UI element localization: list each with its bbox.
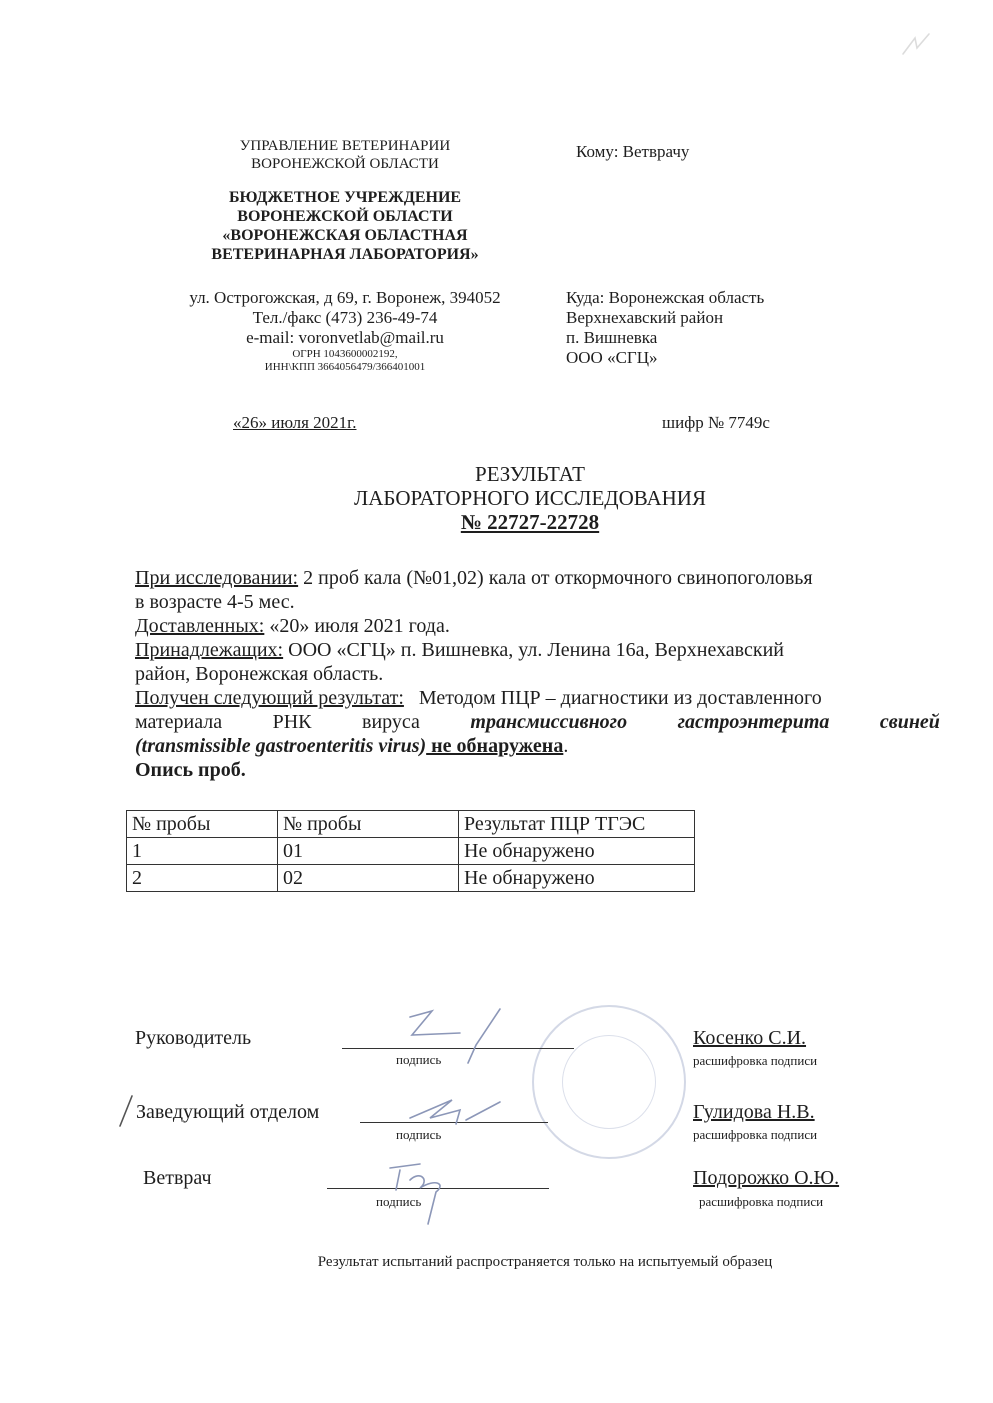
department-name: УПРАВЛЕНИЕ ВЕТЕРИНАРИИ ВОРОНЕЖСКОЙ ОБЛАС…: [200, 137, 490, 173]
result-label: Получен следующий результат:: [135, 687, 404, 709]
research-number: № 22727-22728: [250, 510, 810, 534]
signature-caption: подпись: [396, 1052, 441, 1067]
signer-role-dept: Заведующий отделом: [136, 1100, 319, 1124]
word: гастроэнтерита: [678, 710, 830, 734]
document-title: РЕЗУЛЬТАТ ЛАБОРАТОРНОГО ИССЛЕДОВАНИЯ № 2…: [250, 462, 810, 534]
table-cell: 02: [278, 865, 459, 892]
word: вируса: [362, 710, 420, 734]
research-label: При исследовании:: [135, 567, 298, 589]
research-line: При исследовании: 2 проб кала (№01,02) к…: [135, 566, 955, 590]
document-date: «26» июля 2021г.: [233, 413, 356, 433]
organization-contacts: ул. Острогожская, д 69, г. Воронеж, 3940…: [130, 288, 560, 374]
signer-name-dept: Гулидова Н.В.: [693, 1100, 815, 1124]
probes-table: № пробы № пробы Результат ПЦР ТГЭС 1 01 …: [126, 810, 695, 892]
recipient: Кому: Ветврачу: [576, 142, 689, 162]
table-header-row: № пробы № пробы Результат ПЦР ТГЭС: [127, 811, 695, 838]
delivered-line: Доставленных: «20» июля 2021 года.: [135, 614, 955, 638]
stamp-inner-ring: [562, 1035, 656, 1129]
org-line-3: «ВОРОНЕЖСКАЯ ОБЛАСТНАЯ: [180, 226, 510, 245]
table-cell: 1: [127, 838, 278, 865]
signer-name-head: Косенко С.И.: [693, 1026, 806, 1050]
table-row: 1 01 Не обнаружено: [127, 838, 695, 865]
research-text: 2 проб кала (№01,02) кала от откормочног…: [298, 567, 813, 589]
footer-note: Результат испытаний распространяется тол…: [200, 1254, 890, 1271]
org-ogrn: ОГРН 1043600002192,: [130, 348, 560, 361]
delivered-label: Доставленных:: [135, 615, 264, 637]
owner-label: Принадлежащих:: [135, 639, 283, 661]
signer-name-vet: Подорожко О.Ю.: [693, 1166, 839, 1190]
signer-role-head: Руководитель: [135, 1026, 251, 1050]
document-body: При исследовании: 2 проб кала (№01,02) к…: [135, 566, 955, 782]
result-line: Получен следующий результат: Методом ПЦР…: [135, 686, 955, 710]
inventory-title: Опись проб.: [135, 758, 955, 782]
result-verdict: не обнаружена: [426, 735, 563, 757]
table-header: № пробы: [278, 811, 459, 838]
name-caption: расшифровка подписи: [693, 1127, 817, 1142]
title-line-2: ЛАБОРАТОРНОГО ИССЛЕДОВАНИЯ: [250, 486, 810, 510]
signer-role-vet: Ветврач: [143, 1166, 212, 1190]
address-line-4: ООО «СГЦ»: [566, 348, 764, 368]
result-text: Методом ПЦР – диагностики из доставленно…: [404, 687, 822, 709]
address-line-3: п. Вишневка: [566, 328, 764, 348]
org-line-2: ВОРОНЕЖСКОЙ ОБЛАСТИ: [180, 207, 510, 226]
address-line-1: Куда: Воронежская область: [566, 288, 764, 308]
owner-line: Принадлежащих: ООО «СГЦ» п. Вишневка, ул…: [135, 638, 955, 662]
org-inn: ИНН\КПП 3664056479/366401001: [130, 361, 560, 374]
word: материала: [135, 710, 222, 734]
dept-line-1: УПРАВЛЕНИЕ ВЕТЕРИНАРИИ: [200, 137, 490, 155]
signature-caption: подпись: [396, 1127, 441, 1142]
table-cell: Не обнаружено: [459, 838, 695, 865]
owner-text: ООО «СГЦ» п. Вишневка, ул. Ленина 16а, В…: [283, 639, 784, 661]
org-line-1: БЮДЖЕТНОЕ УЧРЕЖДЕНИЕ: [180, 188, 510, 207]
word: свиней: [880, 710, 940, 734]
table-cell: Не обнаружено: [459, 865, 695, 892]
word: трансмиссивного: [470, 710, 627, 734]
period: .: [563, 735, 568, 757]
name-caption: расшифровка подписи: [699, 1194, 823, 1209]
research-text-2: в возрасте 4-5 мес.: [135, 590, 955, 614]
official-stamp: [532, 1005, 686, 1159]
table-cell: 2: [127, 865, 278, 892]
signature-caption: подпись: [376, 1194, 421, 1209]
word: РНК: [273, 710, 312, 734]
org-address: ул. Острогожская, д 69, г. Воронеж, 3940…: [130, 288, 560, 308]
name-caption: расшифровка подписи: [693, 1053, 817, 1068]
table-header: Результат ПЦР ТГЭС: [459, 811, 695, 838]
checkmark-icon: [116, 1092, 136, 1132]
result-line-3: (transmissible gastroenteritis virus) не…: [135, 734, 955, 758]
recipient-address: Куда: Воронежская область Верхнехавский …: [566, 288, 764, 368]
page-number-mark: [895, 30, 935, 60]
address-line-2: Верхнехавский район: [566, 308, 764, 328]
virus-name-latin: (transmissible gastroenteritis virus): [135, 735, 426, 757]
table-row: 2 02 Не обнаружено: [127, 865, 695, 892]
delivered-text: «20» июля 2021 года.: [264, 615, 450, 637]
org-line-4: ВЕТЕРИНАРНАЯ ЛАБОРАТОРИЯ»: [180, 245, 510, 264]
title-line-1: РЕЗУЛЬТАТ: [250, 462, 810, 486]
owner-text-2: район, Воронежская область.: [135, 662, 955, 686]
organization-name: БЮДЖЕТНОЕ УЧРЕЖДЕНИЕ ВОРОНЕЖСКОЙ ОБЛАСТИ…: [180, 188, 510, 264]
table-header: № пробы: [127, 811, 278, 838]
table-cell: 01: [278, 838, 459, 865]
org-phone: Тел./факс (473) 236-49-74: [130, 308, 560, 328]
cipher-number: шифр № 7749с: [662, 413, 770, 433]
dept-line-2: ВОРОНЕЖСКОЙ ОБЛАСТИ: [200, 155, 490, 173]
result-line-2: материала РНК вируса трансмиссивного гас…: [135, 710, 940, 734]
org-email: e-mail: voronvetlab@mail.ru: [130, 328, 560, 348]
